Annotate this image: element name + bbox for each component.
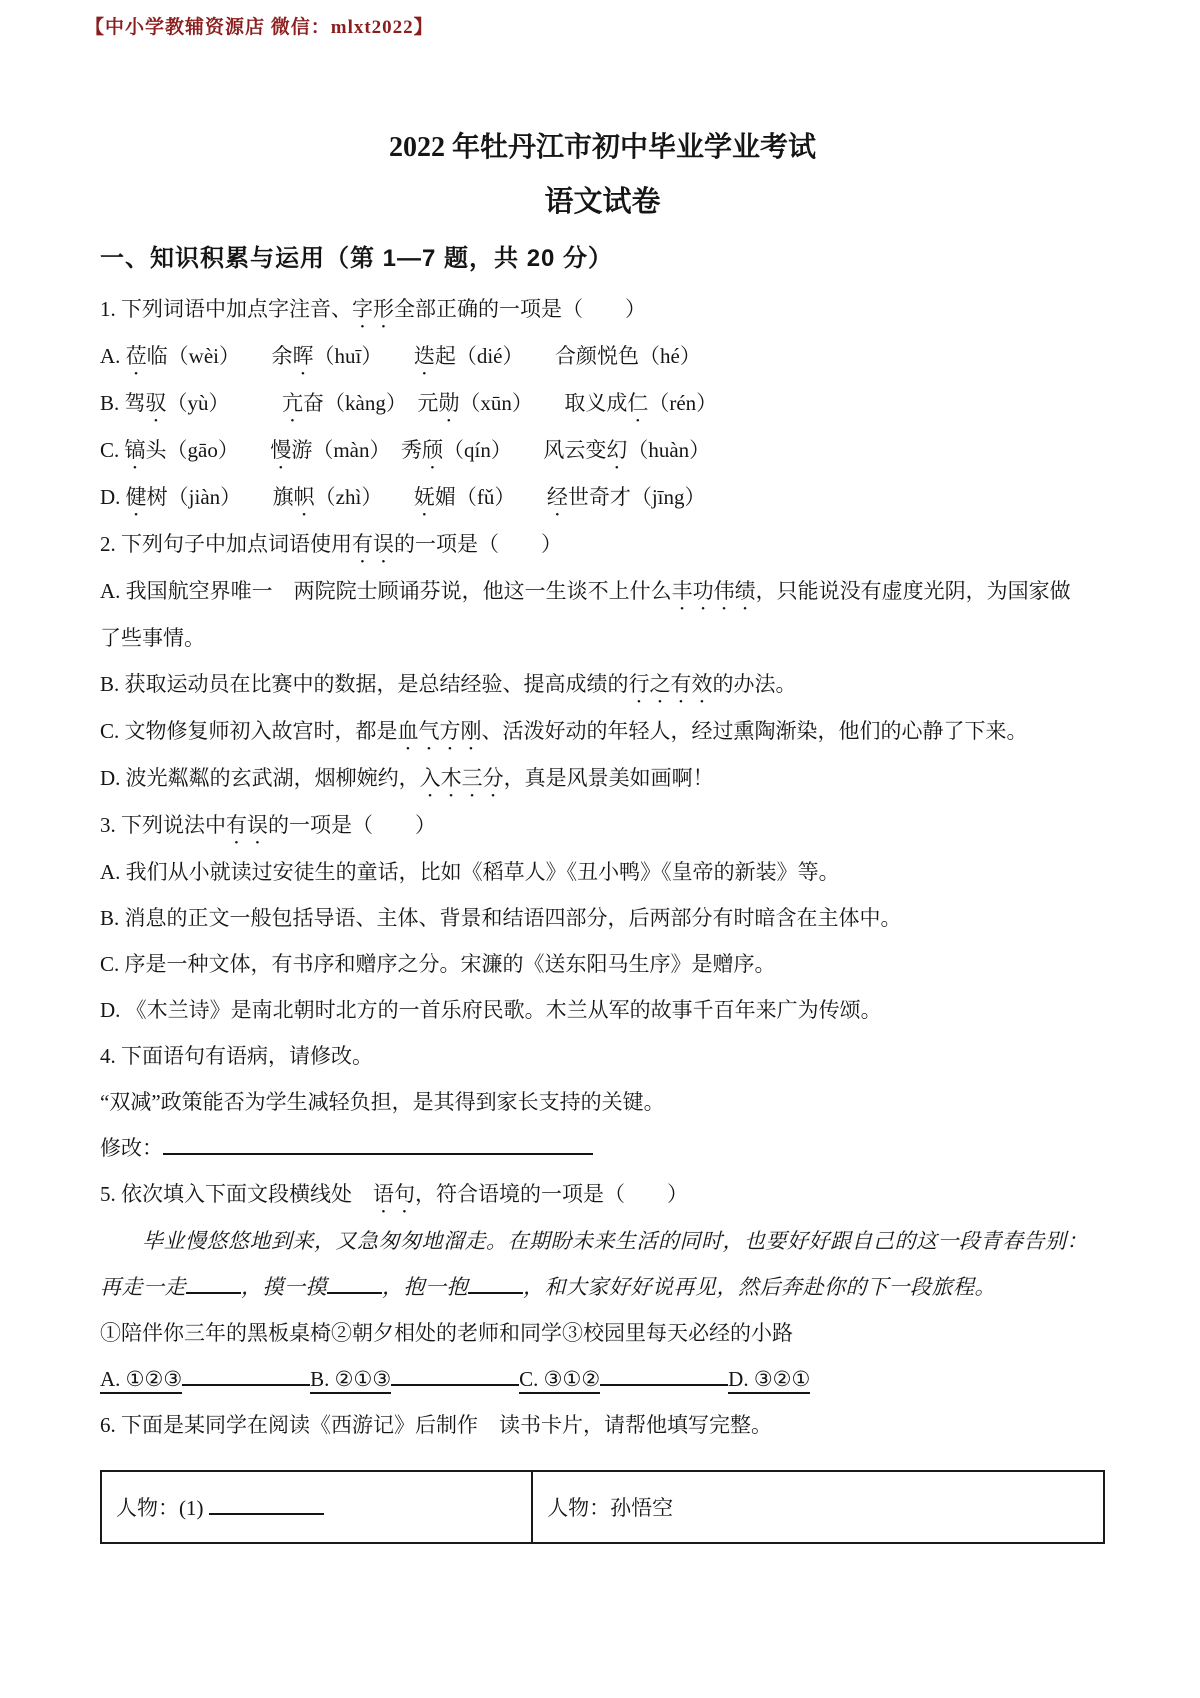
text-segment: 有误 [352, 532, 394, 556]
watermark-shop-info: 【中小学教辅资源店 微信：mlxt2022】 [85, 12, 434, 39]
answer-blank [600, 1363, 728, 1386]
q5-options-row: A. ①②③B. ②①③C. ③①②D. ③②① [100, 1356, 1105, 1402]
text-segment: C. 序是一种文体，有书序和赠序之分。宋濂的《送东阳马生序》是赠序。 [100, 952, 776, 976]
text-segment: ①陪伴你三年的黑板桌椅②朝夕相处的老师和同学③校园里每天必经的小路 [100, 1321, 793, 1345]
text-segment: “双减”政策能否为学生减轻负担，是其得到家长支持的关键。 [100, 1090, 665, 1114]
q1-option-d: D. 健树（jiàn） 旗帜（zhì） 妩媚（fǔ） 经世奇才（jīng） [100, 474, 1105, 521]
q5-stem: 5. 依次填入下面文段横线处 语句，符合语境的一项是（ ） [100, 1171, 1105, 1218]
text-segment: （rén） [648, 391, 717, 415]
text-segment: ，摸一摸 [241, 1275, 327, 1299]
text-segment: D. 波光粼粼的玄武湖，烟柳婉约， [100, 766, 420, 790]
q5-items: ①陪伴你三年的黑板桌椅②朝夕相处的老师和同学③校园里每天必经的小路 [100, 1310, 1105, 1356]
text-segment: A. 我们从小就读过安徒生的童话，比如《稻草人》《丑小鸭》《皇帝的新装》等。 [100, 860, 840, 884]
answer-blank [163, 1132, 593, 1155]
text-segment: 再走一走 [100, 1275, 186, 1299]
text-segment: 字形 [352, 297, 394, 321]
text-segment: （xūn） 取义成 [459, 391, 627, 415]
text-segment: 的一项是（ ） [394, 532, 562, 556]
text-segment: 迭 [414, 344, 435, 368]
text-segment: 亢 [282, 391, 303, 415]
text-segment: C. ③①② [519, 1367, 600, 1394]
q3-option-a: A. 我们从小就读过安徒生的童话，比如《稻草人》《丑小鸭》《皇帝的新装》等。 [100, 849, 1105, 895]
text-segment: 的办法。 [713, 672, 797, 696]
q3-stem: 3. 下列说法中有误的一项是（ ） [100, 802, 1105, 849]
text-segment: （yù） [167, 391, 283, 415]
text-segment: 头（gāo） [146, 438, 271, 462]
text-segment: 起（dié） 合 [435, 344, 576, 368]
text-segment: 人物：(1) [116, 1496, 209, 1520]
text-segment: 、活泼好动的年轻人，经过熏陶渐染，他们的心静了下来。 [482, 719, 1028, 743]
text-segment: 游（màn） 秀 [291, 438, 422, 462]
text-segment: 仁 [627, 391, 648, 415]
text-segment: 6. 下面是某同学在阅读《西游记》后制作 读书卡片，请帮他填写完整。 [100, 1413, 772, 1437]
text-segment: （huàn） [627, 438, 710, 462]
text-segment: 妩 [414, 485, 435, 509]
text-segment: ，抱一抱 [382, 1275, 468, 1299]
text-segment: 晖 [293, 344, 314, 368]
q5-paragraph-line1: 毕业慢悠悠地到来，又急匆匆地溜走。在期盼未来生活的同时，也要好好跟自己的这一段青… [100, 1218, 1105, 1264]
text-segment: 驭 [146, 391, 167, 415]
exam-body: 1. 下列词语中加点字注音、字形全部正确的一项是（ ）A. 莅临（wèi） 余晖… [100, 286, 1105, 1448]
text-segment: 2. 下列句子中加点词语使用 [100, 532, 352, 556]
text-segment: B. 驾 [100, 391, 146, 415]
text-segment: A. 我国航空界唯一 两院院士顾诵芬说，他这一生谈不上什么 [100, 579, 672, 603]
q1-stem: 1. 下列词语中加点字注音、字形全部正确的一项是（ ） [100, 286, 1105, 333]
text-segment: 经 [547, 485, 568, 509]
q3-option-b: B. 消息的正文一般包括导语、主体、背景和结语四部分，后两部分有时暗含在主体中。 [100, 895, 1105, 941]
text-segment: C. 文物修复师初入故宫时，都是 [100, 719, 398, 743]
text-segment: 了些事情。 [100, 626, 205, 650]
text-segment: ，只能说没有虚度光阴，为国家做 [756, 579, 1071, 603]
text-segment: B. 获取运动员在比赛中的数据，是总结经验、提高成绩的 [100, 672, 629, 696]
answer-blank [186, 1271, 241, 1294]
exam-title: 2022 年牡丹江市初中毕业学业考试 [100, 130, 1105, 166]
text-segment: 帜 [294, 485, 315, 509]
q4-answer-line: 修改： [100, 1125, 1105, 1171]
answer-blank [209, 1492, 324, 1515]
q2-option-c: C. 文物修复师初入故宫时，都是血气方刚、活泼好动的年轻人，经过熏陶渐染，他们的… [100, 708, 1105, 755]
text-segment: 毕业慢悠悠地到来，又急匆匆地溜走。在期盼未来生活的同时，也要好好跟自己的这一段青… [142, 1229, 1088, 1253]
q1-option-a: A. 莅临（wèi） 余晖（huī） 迭起（dié） 合颜悦色（hé） [100, 333, 1105, 380]
text-segment: 3. 下列说法中 [100, 813, 226, 837]
q2-option-d: D. 波光粼粼的玄武湖，烟柳婉约，入木三分，真是风景美如画啊！ [100, 755, 1105, 802]
q3-option-c: C. 序是一种文体，有书序和赠序之分。宋濂的《送东阳马生序》是赠序。 [100, 941, 1105, 987]
text-segment: ，符合语境的一项是（ ） [415, 1182, 688, 1206]
answer-blank [182, 1363, 310, 1386]
text-segment: A. ①②③ [100, 1367, 182, 1394]
text-segment: 树（jiàn） 旗 [147, 485, 294, 509]
text-segment: ，和大家好好说再见，然后奔赴你的下一段旅程。 [523, 1275, 996, 1299]
q4-stem: 4. 下面语句有语病，请修改。 [100, 1033, 1105, 1079]
q2-stem: 2. 下列句子中加点词语使用有误的一项是（ ） [100, 521, 1105, 568]
text-segment: 修改： [100, 1136, 163, 1160]
reading-card-table: 人物：(1) 人物：孙悟空 [100, 1470, 1105, 1544]
text-segment: 勋 [438, 391, 459, 415]
q4-sentence: “双减”政策能否为学生减轻负担，是其得到家长支持的关键。 [100, 1079, 1105, 1125]
answer-blank [468, 1271, 523, 1294]
text-segment: 入木三分 [420, 766, 504, 790]
q5-paragraph-line2: 再走一走，摸一摸，抱一抱，和大家好好说再见，然后奔赴你的下一段旅程。 [100, 1264, 1105, 1310]
text-segment: 慢 [270, 438, 291, 462]
text-segment: 莅 [126, 344, 147, 368]
text-segment: 媚（fǔ） [435, 485, 547, 509]
text-segment: （huī） [314, 344, 414, 368]
text-segment: （qín） 风云变 [443, 438, 606, 462]
answer-blank [391, 1363, 519, 1386]
section-one-heading: 一、知识积累与运用（第 1—7 题，共 20 分） [100, 242, 1105, 276]
text-segment: 4. 下面语句有语病，请修改。 [100, 1044, 373, 1068]
text-segment: B. ②①③ [310, 1367, 391, 1394]
text-segment: 1. 下列词语中加点字注音、 [100, 297, 352, 321]
text-segment: 全部正确的一项是（ ） [394, 297, 646, 321]
text-segment: 世奇才（jīng） [568, 485, 706, 509]
table-cell-character-sunwukong: 人物：孙悟空 [532, 1471, 1104, 1543]
text-segment: D. ③②① [728, 1367, 810, 1394]
text-segment: 奋（kàng） 元 [303, 391, 438, 415]
text-segment: 丰功伟绩 [672, 579, 756, 603]
text-segment: ，真是风景美如画啊！ [504, 766, 714, 790]
table-row: 人物：(1) 人物：孙悟空 [101, 1471, 1104, 1543]
q6-stem: 6. 下面是某同学在阅读《西游记》后制作 读书卡片，请帮他填写完整。 [100, 1402, 1105, 1448]
text-segment: 有误 [226, 813, 268, 837]
text-segment: D. 《木兰诗》是南北朝时北方的一首乐府民歌。木兰从军的故事千百年来广为传颂。 [100, 998, 882, 1022]
q1-option-b: B. 驾驭（yù） 亢奋（kàng） 元勋（xūn） 取义成仁（rén） [100, 380, 1105, 427]
text-segment: 语句 [373, 1182, 415, 1206]
answer-blank [327, 1271, 382, 1294]
text-segment: 的一项是（ ） [268, 813, 436, 837]
q2-option-a-line2: 了些事情。 [100, 615, 1105, 661]
text-segment: 行之有效 [629, 672, 713, 696]
exam-paper-page: 【中小学教辅资源店 微信：mlxt2022】 2022 年牡丹江市初中毕业学业考… [0, 0, 1200, 1698]
text-segment: 临（wèi） 余 [147, 344, 293, 368]
text-segment: （zhì） [315, 485, 414, 509]
text-segment: D. [100, 485, 126, 509]
q2-option-b: B. 获取运动员在比赛中的数据，是总结经验、提高成绩的行之有效的办法。 [100, 661, 1105, 708]
table-cell-character-blank: 人物：(1) [101, 1471, 532, 1543]
text-segment: 健 [126, 485, 147, 509]
text-segment: 镐 [125, 438, 146, 462]
text-segment: 人物：孙悟空 [547, 1496, 673, 1520]
q2-option-a-line1: A. 我国航空界唯一 两院院士顾诵芬说，他这一生谈不上什么丰功伟绩，只能说没有虚… [100, 568, 1105, 615]
text-segment: 血气方刚 [398, 719, 482, 743]
text-segment: 5. 依次填入下面文段横线处 [100, 1182, 373, 1206]
text-segment: A. [100, 344, 126, 368]
q3-option-d: D. 《木兰诗》是南北朝时北方的一首乐府民歌。木兰从军的故事千百年来广为传颂。 [100, 987, 1105, 1033]
text-segment: B. 消息的正文一般包括导语、主体、背景和结语四部分，后两部分有时暗含在主体中。 [100, 906, 902, 930]
q1-option-c: C. 镐头（gāo） 慢游（màn） 秀颀（qín） 风云变幻（huàn） [100, 427, 1105, 474]
text-segment: 颜悦色（hé） [576, 344, 701, 368]
exam-subject-title: 语文试卷 [100, 184, 1105, 220]
text-segment: 颀 [422, 438, 443, 462]
text-segment: C. [100, 438, 125, 462]
text-segment: 幻 [606, 438, 627, 462]
